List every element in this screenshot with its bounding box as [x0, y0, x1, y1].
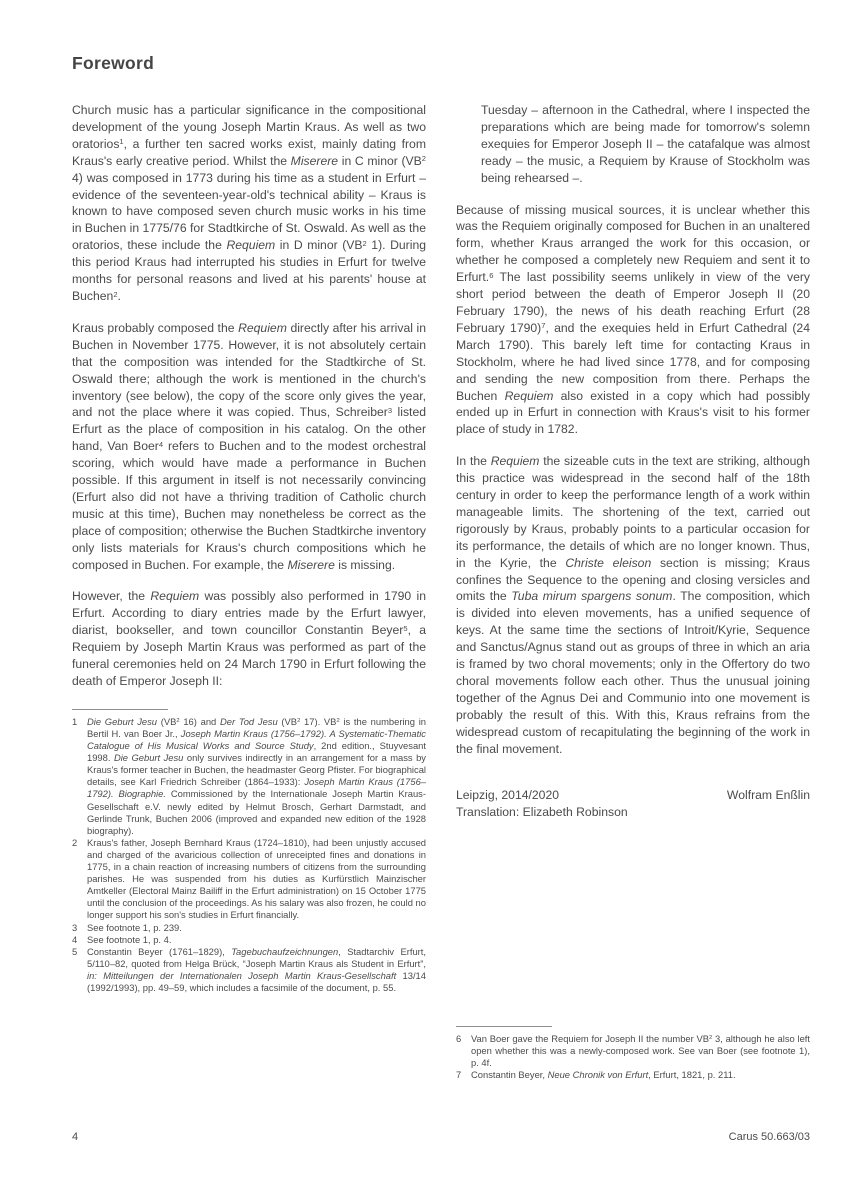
signature-translation: Translation: Elizabeth Robinson [456, 804, 810, 821]
footnote-text: Constantin Beyer, Neue Chronik von Erfur… [471, 1069, 810, 1081]
signature-row: Leipzig, 2014/2020 Wolfram Enßlin [456, 787, 810, 804]
footnote-number: 5 [72, 946, 87, 994]
signature-author: Wolfram Enßlin [727, 787, 810, 804]
paragraph-composition-place: Kraus probably composed the Requiem dire… [72, 320, 426, 574]
diary-quote: Tuesday – afternoon in the Cathedral, wh… [456, 102, 810, 187]
footnote-1: 1 Die Geburt Jesu (VB2 16) and Der Tod J… [72, 716, 426, 837]
footnote-6: 6 Van Boer gave the Requiem for Joseph I… [456, 1033, 810, 1069]
paragraph-church-music: Church music has a particular significan… [72, 102, 426, 305]
paragraph-missing-sources: Because of missing musical sources, it i… [456, 202, 810, 439]
footnote-text: Van Boer gave the Requiem for Joseph II … [471, 1033, 810, 1069]
footnote-number: 6 [456, 1033, 471, 1069]
signature-block: Leipzig, 2014/2020 Wolfram Enßlin Transl… [456, 787, 810, 821]
page-footer: 4 Carus 50.663/03 [72, 1131, 810, 1143]
footnote-number: 7 [456, 1069, 471, 1081]
footnote-4: 4 See footnote 1, p. 4. [72, 934, 426, 946]
footnote-separator [72, 709, 168, 710]
footnotes-left: 1 Die Geburt Jesu (VB2 16) and Der Tod J… [72, 709, 426, 994]
publisher-number: Carus 50.663/03 [729, 1131, 810, 1143]
footnote-2: 2 Kraus's father, Joseph Bernhard Kraus … [72, 837, 426, 922]
left-column: Church music has a particular significan… [72, 102, 426, 1117]
footnote-number: 1 [72, 716, 87, 837]
footnote-text: Kraus's father, Joseph Bernhard Kraus (1… [87, 837, 426, 922]
page-title: Foreword [72, 52, 810, 74]
footnote-text: See footnote 1, p. 239. [87, 922, 426, 934]
right-column: Tuesday – afternoon in the Cathedral, wh… [456, 102, 810, 1117]
page-number: 4 [72, 1131, 78, 1143]
footnote-text: Die Geburt Jesu (VB2 16) and Der Tod Jes… [87, 716, 426, 837]
footnote-3: 3 See footnote 1, p. 239. [72, 922, 426, 934]
footnote-7: 7 Constantin Beyer, Neue Chronik von Erf… [456, 1069, 810, 1081]
footnotes-right: 6 Van Boer gave the Requiem for Joseph I… [456, 1026, 810, 1081]
footnote-text: Constantin Beyer (1761–1829), Tagebuchau… [87, 946, 426, 994]
footnote-5: 5 Constantin Beyer (1761–1829), Tagebuch… [72, 946, 426, 994]
footnote-number: 4 [72, 934, 87, 946]
document-page: Foreword Church music has a particular s… [0, 0, 845, 1200]
footnote-number: 2 [72, 837, 87, 922]
footnote-separator [456, 1026, 552, 1027]
two-column-layout: Church music has a particular significan… [72, 102, 810, 1117]
signature-place-date: Leipzig, 2014/2020 [456, 787, 559, 804]
footnote-number: 3 [72, 922, 87, 934]
paragraph-requiem-cuts: In the Requiem the sizeable cuts in the … [456, 453, 810, 757]
footnote-text: See footnote 1, p. 4. [87, 934, 426, 946]
paragraph-performance-1790: However, the Requiem was possibly also p… [72, 588, 426, 689]
